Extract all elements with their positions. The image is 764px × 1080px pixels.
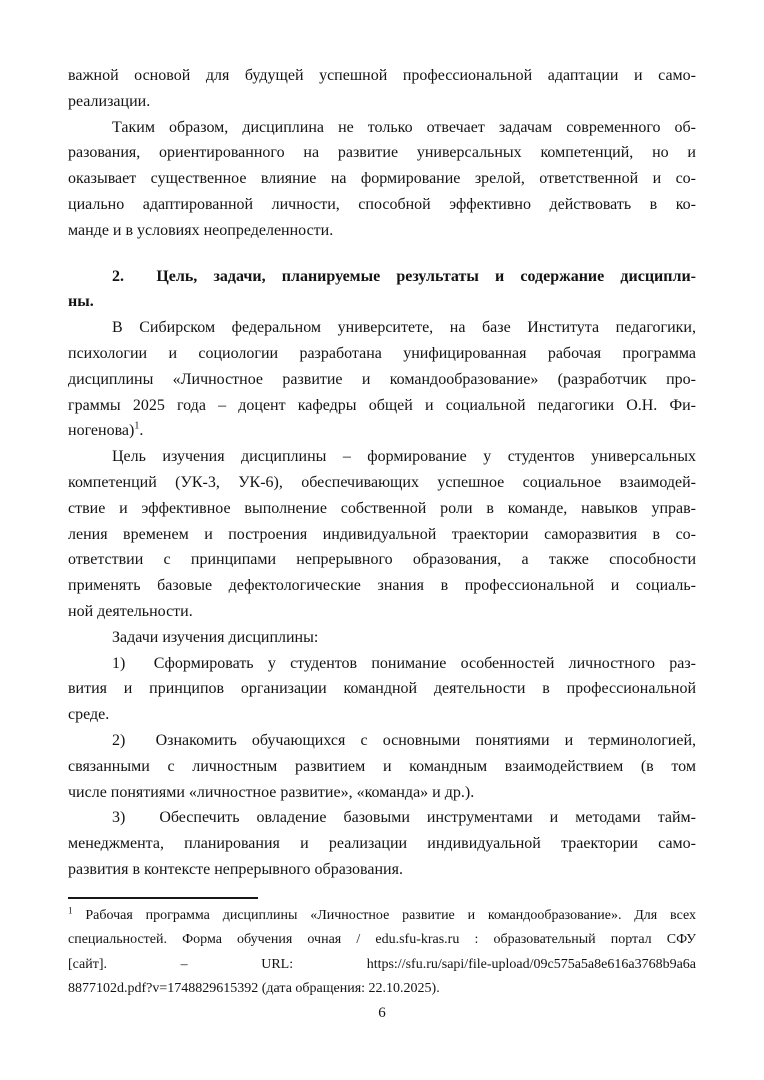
- section-heading-line: 2. Цель, задачи, планируемые результаты …: [68, 264, 696, 290]
- list-item-1: 1) Сформировать у студентов понимание ос…: [68, 651, 696, 728]
- page-body: важной основой для будущей успешной проф…: [68, 63, 696, 883]
- footnote-line: 8877102d.pdf?v=1748829615392 (дата обращ…: [68, 977, 696, 1002]
- paragraph-text: ногенова): [68, 422, 134, 439]
- paragraph-line: циально адаптированной личности, способн…: [68, 192, 696, 218]
- paragraph-sfu-program: В Сибирском федеральном университете, на…: [68, 315, 696, 444]
- section-heading-line: ны.: [68, 289, 696, 315]
- paragraph-tasks-intro: Задачи изучения дисциплины:: [68, 625, 696, 651]
- paragraph-line: менеджмента, планирования и реализации и…: [68, 831, 696, 857]
- paragraph-line: важной основой для будущей успешной проф…: [68, 63, 696, 89]
- paragraph-line: 3) Обеспечить овладение базовыми инструм…: [68, 805, 696, 831]
- paragraph-line: вития и принципов организации командной …: [68, 676, 696, 702]
- paragraph-line: граммы 2025 года – доцент кафедры общей …: [68, 393, 696, 419]
- section-heading: 2. Цель, задачи, планируемые результаты …: [68, 264, 696, 316]
- footnote-line: 1 Рабочая программа дисциплины «Личностн…: [68, 904, 696, 929]
- paragraph-line: развития в контексте непрерывного образо…: [68, 857, 696, 883]
- footnote-line: [сайт]. – URL: https://sfu.ru/sapi/file-…: [68, 953, 696, 978]
- paragraph-line: В Сибирском федеральном университете, на…: [68, 315, 696, 341]
- list-item-3: 3) Обеспечить овладение базовыми инструм…: [68, 805, 696, 882]
- page-number: 6: [68, 1005, 696, 1022]
- paragraph-line: среде.: [68, 702, 696, 728]
- paragraph-line: дисциплины «Личностное развитие и команд…: [68, 367, 696, 393]
- paragraph-takim-obrazom: Таким образом, дисциплина не только отве…: [68, 115, 696, 244]
- paragraph-line: разования, ориентированного на развитие …: [68, 140, 696, 166]
- footnote: 1 Рабочая программа дисциплины «Личностн…: [68, 904, 696, 1002]
- paragraph-line: применять базовые дефектологические знан…: [68, 573, 696, 599]
- paragraph-line: реализации.: [68, 89, 696, 115]
- paragraph-line: 1) Сформировать у студентов понимание ос…: [68, 651, 696, 677]
- paragraph-line: ответствии с принципами непрерывного обр…: [68, 547, 696, 573]
- paragraph-intro: важной основой для будущей успешной проф…: [68, 63, 696, 115]
- paragraph-line: ной деятельности.: [68, 599, 696, 625]
- paragraph-line: ления временем и построения индивидуальн…: [68, 522, 696, 548]
- list-item-2: 2) Ознакомить обучающихся с основными по…: [68, 728, 696, 805]
- paragraph-line: 2) Ознакомить обучающихся с основными по…: [68, 728, 696, 754]
- paragraph-line: оказывает существенное влияние на формир…: [68, 166, 696, 192]
- footnote-separator: [68, 897, 258, 899]
- paragraph-line: компетенций (УК-3, УК-6), обеспечивающих…: [68, 470, 696, 496]
- paragraph-line: связанными с личностным развитием и кома…: [68, 754, 696, 780]
- paragraph-line: Задачи изучения дисциплины:: [68, 625, 696, 651]
- footnote-text: Рабочая программа дисциплины «Личностное…: [73, 908, 697, 923]
- paragraph-line: Таким образом, дисциплина не только отве…: [68, 115, 696, 141]
- paragraph-line: манде и в условиях неопределенности.: [68, 218, 696, 244]
- footnote-line: специальностей. Форма обучения очная / e…: [68, 928, 696, 953]
- paragraph-line: ствие и эффективное выполнение собственн…: [68, 496, 696, 522]
- document-page: важной основой для будущей успешной проф…: [0, 0, 764, 1080]
- paragraph-goal: Цель изучения дисциплины – формирование …: [68, 444, 696, 625]
- paragraph-text: .: [139, 422, 143, 439]
- paragraph-line: числе понятиями «личностное развитие», «…: [68, 780, 696, 806]
- paragraph-line: ногенова)1.: [68, 418, 696, 444]
- paragraph-line: психологии и социологии разработана униф…: [68, 341, 696, 367]
- paragraph-line: Цель изучения дисциплины – формирование …: [68, 444, 696, 470]
